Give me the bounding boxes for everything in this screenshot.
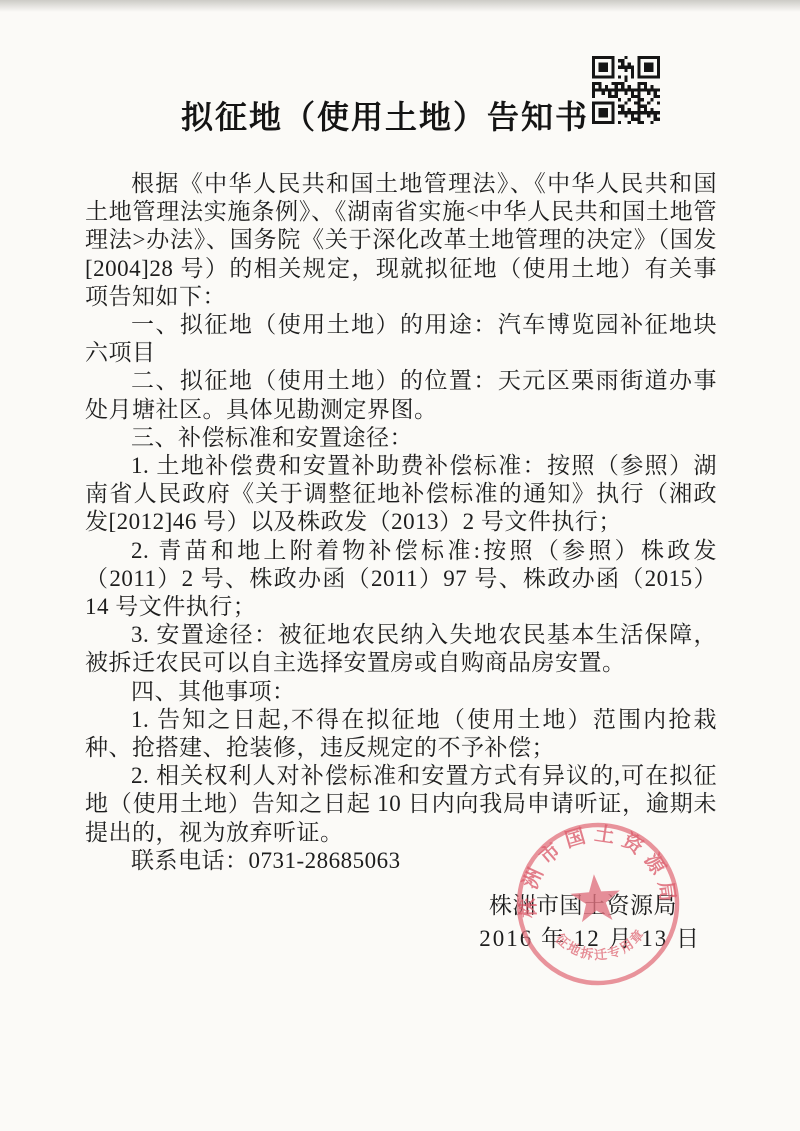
signature-block: 株洲市国土资源局 2016 年 12 月 13 日	[85, 889, 717, 955]
body-paragraph: 根据《中华人民共和国土地管理法》、《中华人民共和国土地管理法实施条例》、《湖南省…	[85, 170, 717, 311]
body-paragraph: 3. 安置途径：被征地农民纳入失地农民基本生活保障，被拆迁农民可以自主选择安置房…	[85, 621, 717, 677]
body-paragraph: 1. 告知之日起,不得在拟征地（使用土地）范围内抢栽种、抢搭建、抢装修，违反规定…	[85, 706, 717, 762]
scan-edge-artifact	[0, 0, 800, 12]
contact-phone-line: 联系电话：0731-28685063	[85, 847, 717, 875]
body-paragraph: 二、拟征地（使用土地）的位置：天元区栗雨街道办事处月塘社区。具体见勘测定界图。	[85, 367, 717, 423]
issue-date: 2016 年 12 月 13 日	[85, 922, 717, 955]
issuing-agency: 株洲市国土资源局	[85, 889, 717, 922]
qr-code	[590, 56, 662, 124]
body-paragraph: 2. 相关权利人对补偿标准和安置方式有异议的,可在拟征地（使用土地）告知之日起 …	[85, 762, 717, 847]
body-paragraph: 四、其他事项：	[85, 678, 717, 706]
body-paragraph: 一、拟征地（使用土地）的用途：汽车博览园补征地块六项目	[85, 311, 717, 367]
body-paragraph: 1. 土地补偿费和安置补助费补偿标准：按照（参照）湖南省人民政府《关于调整征地补…	[85, 452, 717, 537]
document-body: 根据《中华人民共和国土地管理法》、《中华人民共和国土地管理法实施条例》、《湖南省…	[85, 170, 717, 955]
body-paragraph: 三、补偿标准和安置途径：	[85, 424, 717, 452]
scanned-document-page: 拟征地（使用土地）告知书 根据《中华人民共和国土地管理法》、《中华人民共和国土地…	[0, 0, 800, 1131]
body-paragraph: 2. 青苗和地上附着物补偿标准:按照（参照）株政发（2011）2 号、株政办函（…	[85, 537, 717, 622]
